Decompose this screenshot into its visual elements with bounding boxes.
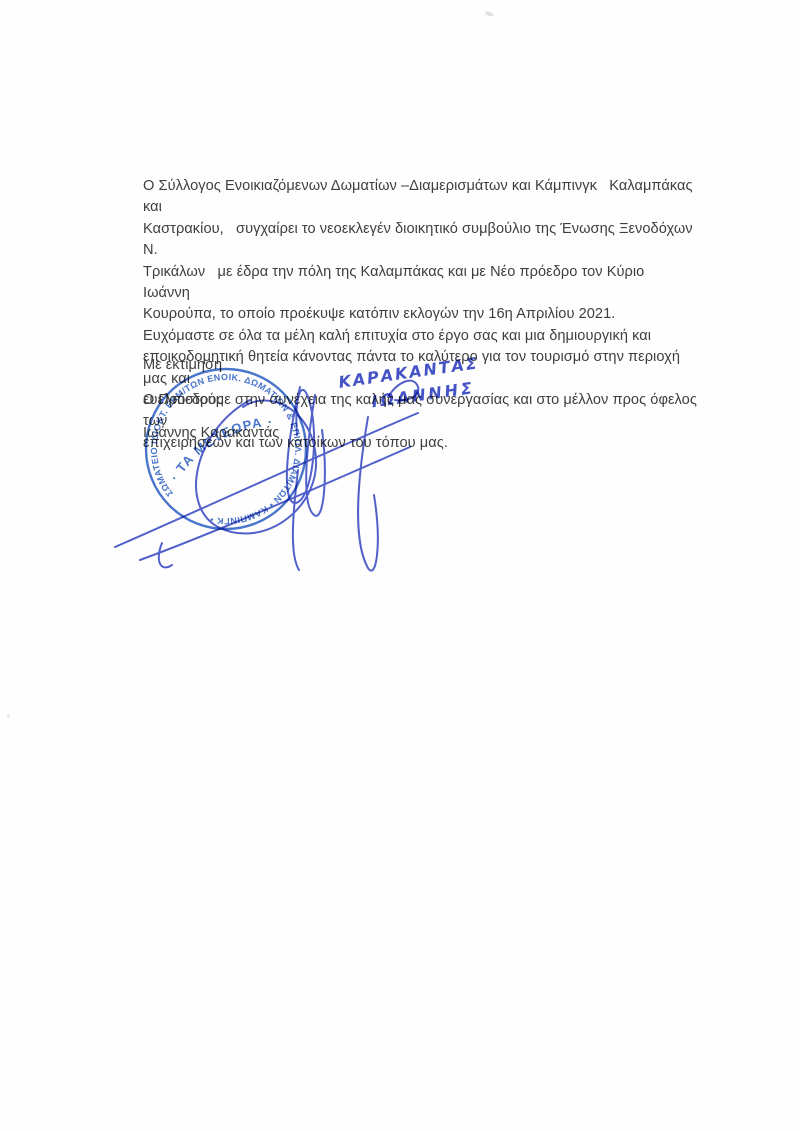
signature-stroke bbox=[140, 447, 410, 560]
signature-stroke bbox=[293, 470, 299, 570]
scan-artifact bbox=[485, 11, 495, 18]
body-line: Καστρακίου, συγχαίρει το νεοεκλεγέν διοι… bbox=[143, 219, 703, 262]
signature-stroke bbox=[358, 417, 378, 571]
scanned-letter-page: Ο Σύλλογος Ενοικιαζόμενων Δωματίων –Διαμ… bbox=[0, 0, 800, 1131]
body-line: Ο Σύλλογος Ενοικιαζόμενων Δωματίων –Διαμ… bbox=[143, 176, 703, 219]
signature-stroke bbox=[115, 413, 418, 547]
body-line: Κουρούπα, το οποίο προέκυψε κατόπιν εκλο… bbox=[143, 304, 703, 325]
signature-stroke bbox=[159, 543, 172, 567]
signature-stroke bbox=[287, 387, 314, 503]
scan-artifact bbox=[7, 714, 10, 718]
body-line: Τρικάλων με έδρα την πόλη της Καλαμπάκας… bbox=[143, 262, 703, 305]
